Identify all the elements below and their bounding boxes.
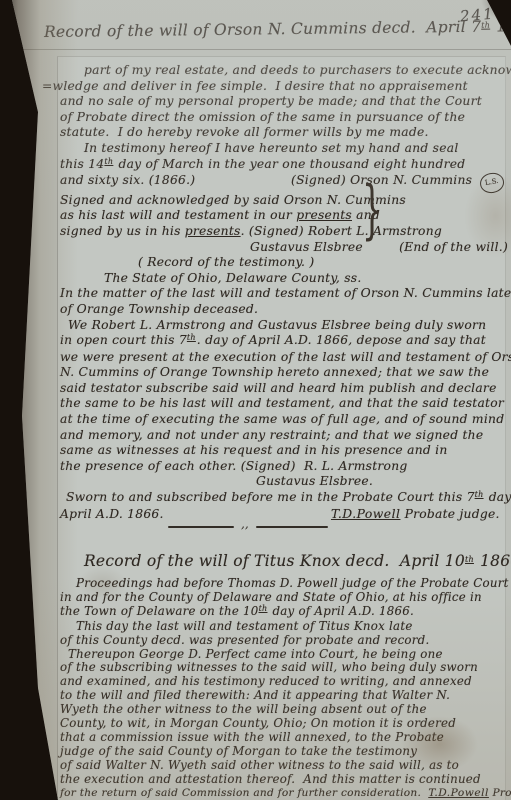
manuscript-line: In the matter of the last will and testa… [60, 286, 508, 302]
attestation-brace: } [362, 178, 382, 242]
text-segment: of Orange Township deceased. [60, 302, 258, 318]
manuscript-line: =wledge and deliver in fee simple. I des… [42, 79, 508, 95]
text-segment: ( Record of the testimony. ) [138, 255, 314, 271]
text-segment: Thereupon George D. Perfect came into Co… [68, 648, 443, 662]
manuscript-line: signed by us in his presents. (Signed) R… [60, 224, 508, 240]
text-segment: we were present at the execution of the … [60, 350, 511, 366]
manuscript-line: ( Record of the testimony. ) [138, 255, 508, 271]
manuscript-line: that a commission issue with the will an… [60, 731, 508, 745]
scanned-probate-record: 241 Record of the will of Orson N. Cummi… [0, 0, 511, 800]
manuscript-line: In testimony hereof I have hereunto set … [84, 141, 508, 157]
text-segment: the Town of Delaware on the 10 [60, 605, 259, 619]
manuscript-line: judge of the said County of Morgan to ta… [60, 745, 508, 759]
manuscript-line: Record of the will of Orson N. Cummins d… [44, 17, 511, 41]
text-segment: and no sale of my personal property be m… [60, 94, 482, 110]
manuscript-line: and examined, and his testimony reduced … [60, 675, 508, 689]
text-segment: 1866. [475, 552, 511, 570]
text-segment [500, 507, 508, 523]
text-segment: County, to wit, in Morgan County, Ohio; … [60, 717, 456, 731]
manuscript-line: of said Walter N. Wyeth said other witne… [60, 759, 508, 773]
manuscript-line: the Town of Delaware on the 10th day of … [60, 605, 508, 620]
text-segment: Probate judge. [400, 507, 499, 523]
text-segment: this 14 [60, 157, 104, 173]
manuscript-line: the same to be his last will and testame… [60, 396, 508, 412]
text-segment: of Probate direct the omission of the sa… [60, 110, 465, 126]
text-segment: day of [485, 490, 511, 506]
manuscript-line: We Robert L. Armstrong and Gustavus Elsb… [68, 318, 508, 334]
manuscript-line: in and for the County of Delaware and St… [60, 591, 508, 605]
text-segment: presents [185, 224, 241, 240]
manuscript-line: The State of Ohio, Delaware County, ss. [104, 271, 508, 287]
text-segment: and sixty six. (1866.) [60, 173, 195, 189]
divider-line-right [256, 526, 328, 528]
knox-record-text: Proceedings had before Thomas D. Powell … [60, 577, 508, 800]
text-segment: and examined, and his testimony reduced … [60, 675, 472, 689]
manuscript-line: this 14th day of March in the year one t… [60, 157, 508, 174]
text-segment: of said Walter N. Wyeth said other witne… [60, 759, 459, 773]
text-segment [504, 173, 508, 189]
text-segment: In testimony hereof I have hereunto set … [84, 141, 459, 157]
text-segment: the presence of each other. (Signed) R. … [60, 459, 408, 475]
manuscript-line: as his last will and testament in our pr… [60, 208, 508, 224]
text-segment: T.D.Powell [428, 787, 489, 800]
record-heading-knox: Record of the will of Titus Knox decd. A… [84, 552, 511, 570]
manuscript-line: we were present at the execution of the … [60, 350, 508, 366]
manuscript-line: for the return of said Commission and fo… [60, 787, 508, 800]
header-rule-line [6, 49, 511, 50]
text-segment: Record of the will of Orson N. Cummins d… [44, 18, 481, 41]
manuscript-line: said testator subscribe said will and he… [60, 381, 508, 397]
text-segment: We Robert L. Armstrong and Gustavus Elsb… [68, 318, 486, 334]
text-segment: =wledge and deliver in fee simple. I des… [42, 79, 468, 95]
manuscript-line: Record of the will of Titus Knox decd. A… [84, 552, 511, 570]
text-segment: N. Cummins of Orange Township hereto ann… [60, 365, 489, 381]
manuscript-line: of Orange Township deceased. [60, 302, 508, 318]
text-segment: as his last will and testament in our [60, 208, 296, 224]
manuscript-line: Wyeth the other witness to the will bein… [60, 703, 508, 717]
text-segment: th [187, 330, 196, 346]
manuscript-line: to the will and filed therewith: And it … [60, 689, 508, 703]
text-segment: said testator subscribe said will and he… [60, 381, 497, 397]
manuscript-line: County, to wit, in Morgan County, Ohio; … [60, 717, 508, 731]
text-segment: Proceedings had before Thomas D. Powell … [76, 577, 509, 591]
text-segment: for the return of said Commission and fo… [60, 787, 428, 800]
manuscript-line: and no sale of my personal property be m… [60, 94, 508, 110]
text-segment: th [475, 487, 484, 503]
cummins-record-text: part of my real estate, and deeds to pur… [60, 63, 508, 522]
manuscript-line: This day the last will and testament of … [76, 620, 508, 634]
text-segment: the execution and attestation thereof. A… [60, 773, 481, 787]
section-divider: ,, [168, 520, 338, 534]
text-segment: day of March in the year one thousand ei… [114, 157, 465, 173]
text-segment: the same to be his last will and testame… [60, 396, 504, 412]
manuscript-line: of Probate direct the omission of the sa… [60, 110, 508, 126]
manuscript-line: N. Cummins of Orange Township hereto ann… [60, 365, 508, 381]
manuscript-line: statute. I do hereby revoke all former w… [60, 125, 508, 141]
text-segment: presents [296, 208, 352, 224]
text-segment: Sworn to and subscribed before me in the… [66, 490, 475, 506]
text-segment: part of my real estate, and deeds to pur… [84, 63, 511, 79]
manuscript-line: Gustavus Elsbree. [256, 474, 508, 490]
manuscript-line: of the subscribing witnesses to the said… [60, 661, 508, 675]
text-segment: Pro. judge [489, 787, 511, 800]
wax-seal-mark: L.S. [479, 171, 506, 194]
text-segment: T.D.Powell [331, 507, 400, 523]
text-segment: April A.D. 1866. [60, 507, 164, 523]
text-segment: in and for the County of Delaware and St… [60, 591, 482, 605]
text-segment: Signed and acknowledged by said Orson N.… [60, 193, 406, 209]
manuscript-line: Proceedings had before Thomas D. Powell … [76, 577, 508, 591]
text-segment: In the matter of the last will and testa… [60, 286, 511, 302]
text-segment: day of April A.D. 1866. [268, 605, 414, 619]
text-segment: statute. I do hereby revoke all former w… [60, 125, 429, 141]
text-segment: in open court this 7 [60, 333, 187, 349]
text-segment: and memory, and not under any restraint;… [60, 428, 483, 444]
text-segment: . (Signed) Robert L. Armstrong [241, 224, 442, 240]
text-segment: 1866. [491, 17, 511, 36]
text-segment: The State of Ohio, Delaware County, ss. [104, 271, 361, 287]
record-heading-cummins: Record of the will of Orson N. Cummins d… [44, 17, 511, 41]
text-segment: of this County decd. was presented for p… [60, 634, 429, 648]
text-segment: same as witnesses at his request and in … [60, 443, 448, 459]
text-segment: Gustavus Elsbree. [256, 474, 373, 490]
text-segment: to the will and filed therewith: And it … [60, 689, 450, 703]
text-segment: th [259, 602, 268, 616]
manuscript-line: Signed and acknowledged by said Orson N.… [60, 193, 508, 209]
manuscript-line: same as witnesses at his request and in … [60, 443, 508, 459]
manuscript-line: at the time of executing the same was of… [60, 412, 508, 428]
manuscript-line: and sixty six. (1866.)(Signed) Orson N. … [60, 173, 508, 193]
manuscript-line: Sworn to and subscribed before me in the… [66, 490, 508, 507]
text-segment: of the subscribing witnesses to the said… [60, 661, 478, 675]
text-segment: Record of the will of Titus Knox decd. A… [84, 552, 465, 570]
manuscript-line: Thereupon George D. Perfect came into Co… [68, 648, 508, 662]
text-segment: judge of the said County of Morgan to ta… [60, 745, 417, 759]
text-segment: th [104, 154, 113, 170]
manuscript-line: the execution and attestation thereof. A… [60, 773, 508, 787]
divider-line-left [168, 526, 234, 528]
text-segment: Gustavus Elsbree [250, 240, 363, 256]
text-segment: that a commission issue with the will an… [60, 731, 444, 745]
manuscript-line: in open court this 7th. day of April A.D… [60, 333, 508, 350]
manuscript-line: the presence of each other. (Signed) R. … [60, 459, 508, 475]
text-segment: at the time of executing the same was of… [60, 412, 504, 428]
document-page: 241 Record of the will of Orson N. Cummi… [0, 0, 511, 800]
text-segment: th [465, 555, 474, 564]
text-segment: signed by us in his [60, 224, 185, 240]
text-segment: This day the last will and testament of … [76, 620, 413, 634]
text-segment: . day of April A.D. 1866, depose and say… [197, 333, 486, 349]
text-segment: (End of the will.) [399, 240, 508, 256]
manuscript-line: of this County decd. was presented for p… [60, 634, 508, 648]
manuscript-line: part of my real estate, and deeds to pur… [84, 63, 508, 79]
text-segment: th [481, 21, 490, 30]
divider-mark: ,, [234, 517, 256, 531]
manuscript-line: and memory, and not under any restraint;… [60, 428, 508, 444]
text-segment: Wyeth the other witness to the will bein… [60, 703, 427, 717]
